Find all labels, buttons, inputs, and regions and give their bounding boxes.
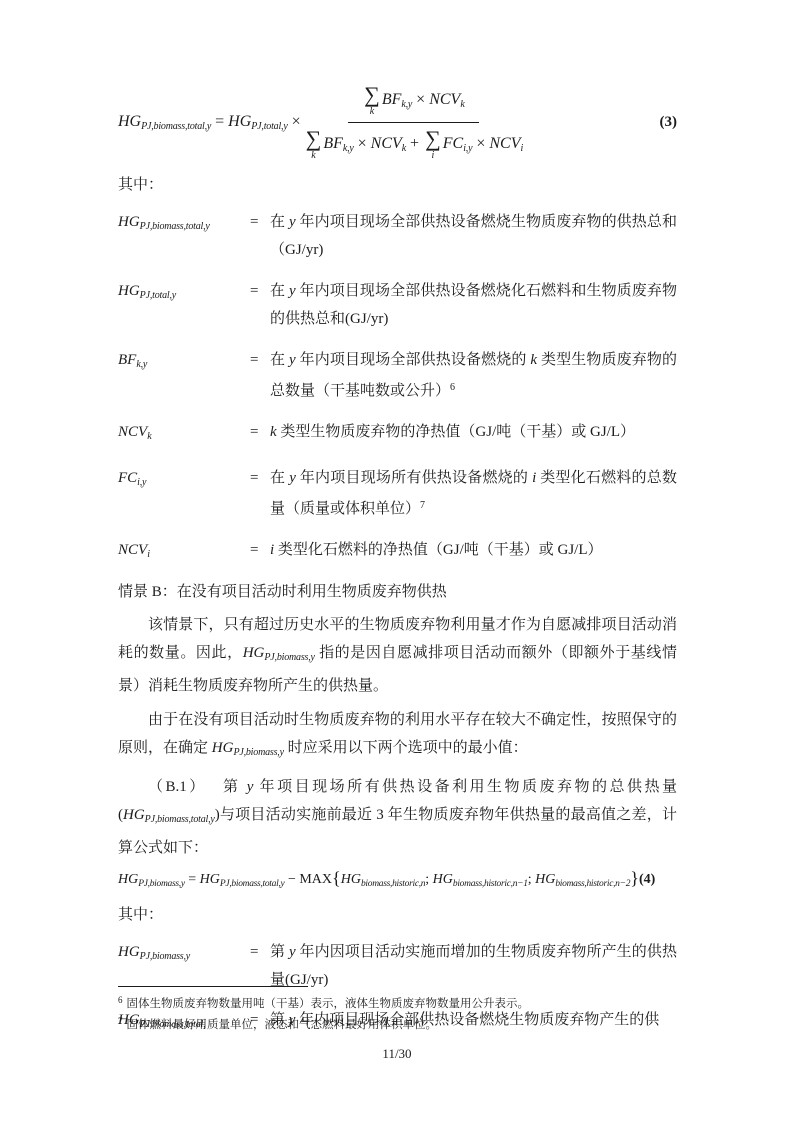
definition-term: NCVi [118, 536, 250, 569]
definition-text: 在 y 年内项目现场全部供热设备燃烧生物质废弃物的供热总和（GJ/yr) [270, 208, 677, 264]
paragraph-scenario-b-intro: 该情景下，只有超过历史水平的生物质废弃物利用量才作为自愿减排项目活动消耗的数量。… [118, 611, 677, 700]
formula-3-denominator: ∑kBFk,y × NCVk + ∑iFCi,y × NCVi [304, 123, 523, 161]
equals-sign: = [250, 346, 270, 374]
equals-sign: = [250, 277, 270, 305]
footnote-area: 6固体生物质废弃物数量用吨（干基）表示，液体生物质废弃物数量用公升表示。 7固体… [118, 986, 677, 1034]
equals-sign: = [250, 464, 270, 492]
formula-3-lhs: HGPJ,biomass,total,y = HGPJ,total,y × [118, 113, 301, 132]
definition-term: HGPJ,biomass,total,y [118, 208, 250, 241]
equals-sign: = [250, 418, 270, 446]
equals-sign: = [250, 208, 270, 236]
definition-text: 在 y 年内项目现场全部供热设备燃烧化石燃料和生物质废弃物的供热总和(GJ/yr… [270, 277, 677, 333]
definition-term: HGPJ,total,y [118, 277, 250, 310]
definition-row-fc-iy: FCi,y = 在 y 年内项目现场所有供热设备燃烧的 i 类型化石燃料的总数量… [118, 464, 677, 523]
footnote-marker: 7 [118, 1016, 123, 1026]
footnote-marker: 6 [118, 995, 123, 1005]
definition-row-hg-pj-biomass-total-y: HGPJ,biomass,total,y = 在 y 年内项目现场全部供热设备燃… [118, 208, 677, 264]
definition-term: HGPJ,biomass,y [118, 938, 250, 971]
footnote-text: 固体生物质废弃物数量用吨（干基）表示，液体生物质废弃物数量用公升表示。 [127, 998, 530, 1010]
paragraph-option-b1: （B.1） 第 y 年项目现场所有供热设备利用生物质废弃物的总供热量(HGPJ,… [118, 773, 677, 862]
definition-text: i 类型化石燃料的净热值（GJ/吨（干基）或 GJ/L） [270, 536, 677, 564]
paragraph-conservative-principle: 由于在没有项目活动时生物质废弃物的利用水平存在较大不确定性，按照保守的原则，在确… [118, 706, 677, 767]
footnote-7: 7固体燃料最好用质量单位，液态和气态燃料最好用体积单位。 [118, 1013, 677, 1034]
footnote-6: 6固体生物质废弃物数量用吨（干基）表示，液体生物质废弃物数量用公升表示。 [118, 992, 677, 1013]
definition-row-ncv-i: NCVi = i 类型化石燃料的净热值（GJ/吨（干基）或 GJ/L） [118, 536, 677, 569]
definition-text: 在 y 年内项目现场所有供热设备燃烧的 i 类型化石燃料的总数量（质量或体积单位… [270, 464, 677, 523]
definition-text: 在 y 年内项目现场全部供热设备燃烧的 k 类型生物质废弃物的总数量（干基吨数或… [270, 346, 677, 405]
document-page: HGPJ,biomass,total,y = HGPJ,total,y × ∑k… [0, 0, 794, 1123]
definition-row-hg-pj-total-y: HGPJ,total,y = 在 y 年内项目现场全部供热设备燃烧化石燃料和生物… [118, 277, 677, 333]
formula-3: HGPJ,biomass,total,y = HGPJ,total,y × ∑k… [118, 78, 677, 166]
definition-term: BFk,y [118, 346, 250, 379]
definition-text: k 类型生物质废弃物的净热值（GJ/吨（干基）或 GJ/L） [270, 418, 677, 446]
section-heading-scenario-b: 情景 B：在没有项目活动时利用生物质废弃物供热 [118, 581, 677, 603]
where-label-1: 其中： [118, 174, 677, 196]
where-label-2: 其中： [118, 904, 677, 926]
formula-4: HGPJ,biomass,y = HGPJ,biomass,total,y − … [118, 865, 677, 897]
formula-3-number: (3) [660, 114, 678, 131]
definition-term: FCi,y [118, 464, 250, 497]
equals-sign: = [250, 536, 270, 564]
definition-row-bf-ky: BFk,y = 在 y 年内项目现场全部供热设备燃烧的 k 类型生物质废弃物的总… [118, 346, 677, 405]
footnote-text: 固体燃料最好用质量单位，液态和气态燃料最好用体积单位。 [127, 1019, 438, 1031]
formula-3-fraction: ∑kBFk,y × NCVk ∑kBFk,y × NCVk + ∑iFCi,y … [304, 84, 523, 161]
equals-sign: = [250, 938, 270, 966]
formula-3-numerator: ∑kBFk,y × NCVk [348, 84, 478, 123]
definition-term: NCVk [118, 418, 250, 451]
footnote-divider [118, 986, 308, 987]
page-number: 11/30 [0, 1046, 794, 1062]
definition-row-ncv-k: NCVk = k 类型生物质废弃物的净热值（GJ/吨（干基）或 GJ/L） [118, 418, 677, 451]
definition-list-top: HGPJ,biomass,total,y = 在 y 年内项目现场全部供热设备燃… [118, 208, 677, 569]
